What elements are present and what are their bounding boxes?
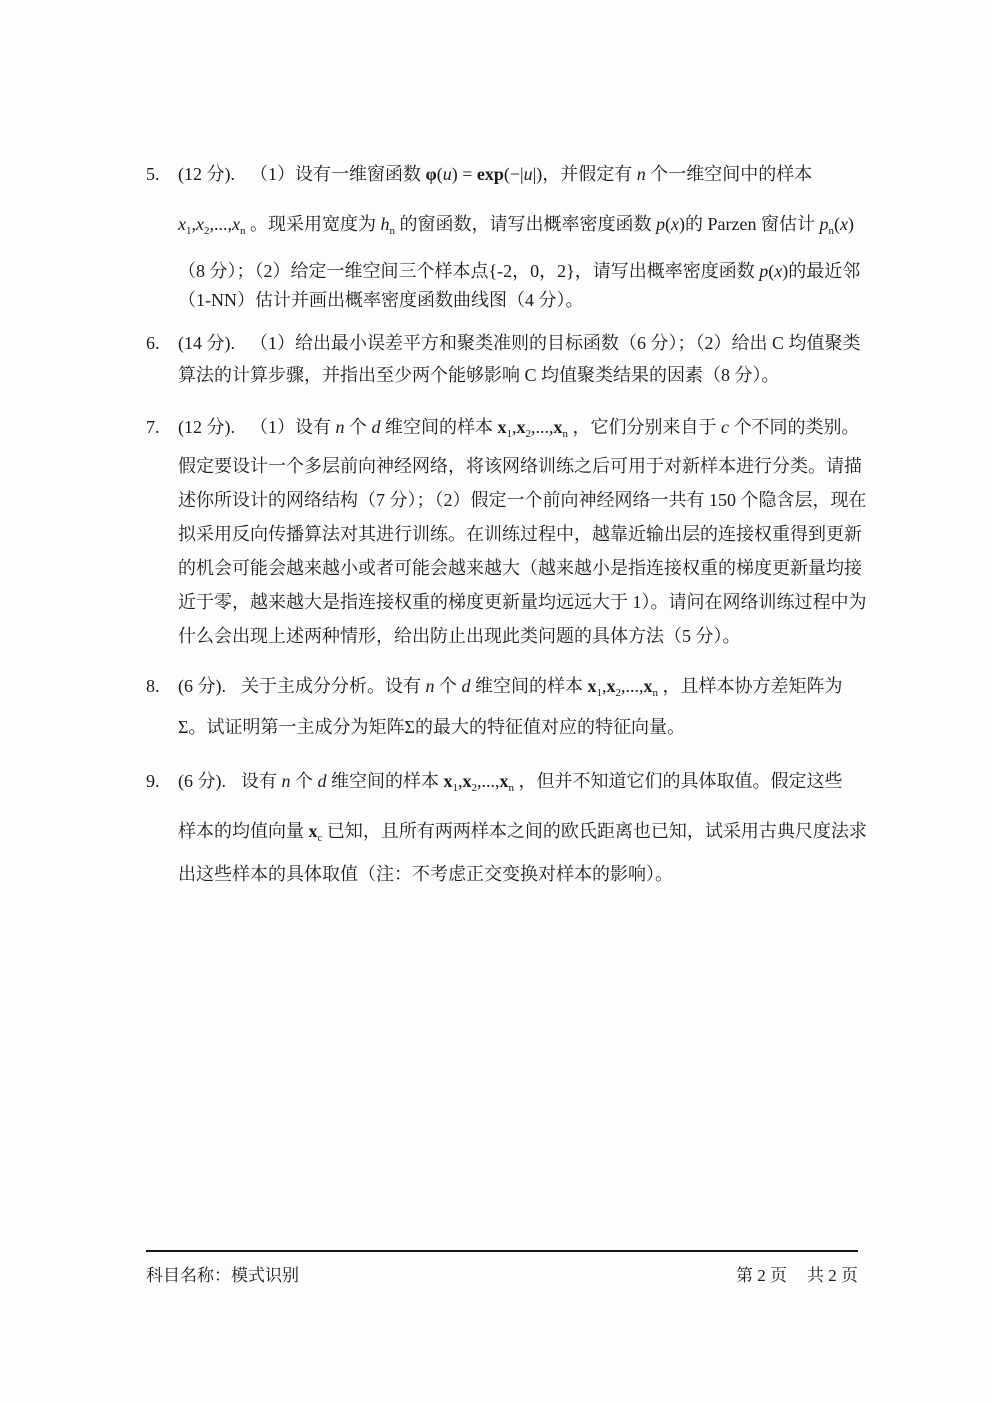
question-6: 6. (14 分).（1）给出最小误差平方和聚类准则的目标函数（6 分）；（2）…	[146, 332, 862, 386]
question-9: 9. (6 分).设有 n 个 d 维空间的样本 x1,x2,...,xn ，但…	[146, 770, 862, 885]
question-points: (6 分).	[178, 770, 226, 792]
question-text: （1）设有一维窗函数 φ(u) = exp(−|u|)，并假定有 n 个一维空间…	[250, 164, 812, 184]
question-number: 9.	[146, 770, 160, 792]
question-5: 5. (12 分).（1）设有一维窗函数 φ(u) = exp(−|u|)，并假…	[146, 163, 862, 311]
question-points: (14 分).	[178, 332, 235, 354]
footer-subject-label: 科目名称：模式识别	[146, 1265, 299, 1286]
question-points: (12 分).	[178, 416, 235, 438]
question-line: 样本的均值向量 xc 已知，且所有两两样本之间的欧氏距离也已知，试采用古典尺度法…	[178, 820, 862, 842]
question-text: 设有 n 个 d 维空间的样本 x1,x2,...,xn ，但并不知道它们的具体…	[241, 771, 843, 791]
question-text: （1）设有 n 个 d 维空间的样本 x1,x2,...,xn ，它们分别来自于…	[250, 417, 860, 437]
question-line: 近于零，越来越大是指连接权重的梯度更新量均远远大于 1）。请问在网络训练过程中为	[178, 591, 862, 613]
question-line: (12 分).（1）设有一维窗函数 φ(u) = exp(−|u|)，并假定有 …	[178, 163, 862, 185]
question-8: 8. (6 分).关于主成分分析。设有 n 个 d 维空间的样本 x1,x2,.…	[146, 675, 862, 738]
footer-page-number: 第 2 页	[736, 1265, 787, 1286]
question-points: (6 分).	[178, 675, 226, 697]
question-line: 算法的计算步骤，并指出至少两个能够影响 C 均值聚类结果的因素（8 分）。	[178, 364, 862, 386]
question-text: 关于主成分分析。设有 n 个 d 维空间的样本 x1,x2,...,xn ，且样…	[241, 676, 843, 696]
question-line: (14 分).（1）给出最小误差平方和聚类准则的目标函数（6 分）；（2）给出 …	[178, 332, 862, 354]
question-number: 7.	[146, 416, 160, 438]
question-line: 什么会出现上述两种情形，给出防止出现此类问题的具体方法（5 分）。	[178, 625, 862, 647]
footer-page-total: 共 2 页	[807, 1265, 858, 1286]
question-number: 5.	[146, 163, 160, 185]
question-line: (12 分).（1）设有 n 个 d 维空间的样本 x1,x2,...,xn ，…	[178, 416, 862, 438]
exam-page: 5. (12 分).（1）设有一维窗函数 φ(u) = exp(−|u|)，并假…	[0, 0, 992, 1403]
questions-area: 5. (12 分).（1）设有一维窗函数 φ(u) = exp(−|u|)，并假…	[146, 163, 862, 885]
question-text: （1）给出最小误差平方和聚类准则的目标函数（6 分）；（2）给出 C 均值聚类	[250, 333, 861, 353]
question-line: 出这些样本的具体取值（注：不考虑正交变换对样本的影响）。	[178, 863, 862, 885]
question-7: 7. (12 分).（1）设有 n 个 d 维空间的样本 x1,x2,...,x…	[146, 416, 862, 647]
question-line: Σ。试证明第一主成分为矩阵Σ的最大的特征值对应的特征向量。	[178, 716, 862, 738]
question-line: x1,x2,...,xn 。现采用宽度为 hn 的窗函数，请写出概率密度函数 p…	[178, 213, 862, 235]
question-line: (6 分).关于主成分分析。设有 n 个 d 维空间的样本 x1,x2,...,…	[178, 675, 862, 697]
question-line: （1-NN）估计并画出概率密度函数曲线图（4 分）。	[178, 289, 862, 311]
footer-divider	[146, 1250, 858, 1252]
question-line: 拟采用反向传播算法对其进行训练。在训练过程中，越靠近输出层的连接权重得到更新	[178, 523, 862, 545]
question-line: 的机会可能会越来越小或者可能会越来越大（越来越小是指连接权重的梯度更新量均接	[178, 557, 862, 579]
question-line: (6 分).设有 n 个 d 维空间的样本 x1,x2,...,xn ，但并不知…	[178, 770, 862, 792]
question-line: 假定要设计一个多层前向神经网络，将该网络训练之后可用于对新样本进行分类。请描	[178, 455, 862, 477]
question-points: (12 分).	[178, 163, 235, 185]
question-line: （8 分）；（2）给定一维空间三个样本点{-2，0，2}，请写出概率密度函数 p…	[178, 260, 862, 282]
question-line: 述你所设计的网络结构（7 分）；（2）假定一个前向神经网络一共有 150 个隐含…	[178, 489, 862, 511]
question-number: 6.	[146, 332, 160, 354]
page-footer: 科目名称：模式识别 第 2 页共 2 页	[146, 1250, 858, 1286]
question-number: 8.	[146, 675, 160, 697]
footer-page-info: 第 2 页共 2 页	[736, 1265, 858, 1286]
